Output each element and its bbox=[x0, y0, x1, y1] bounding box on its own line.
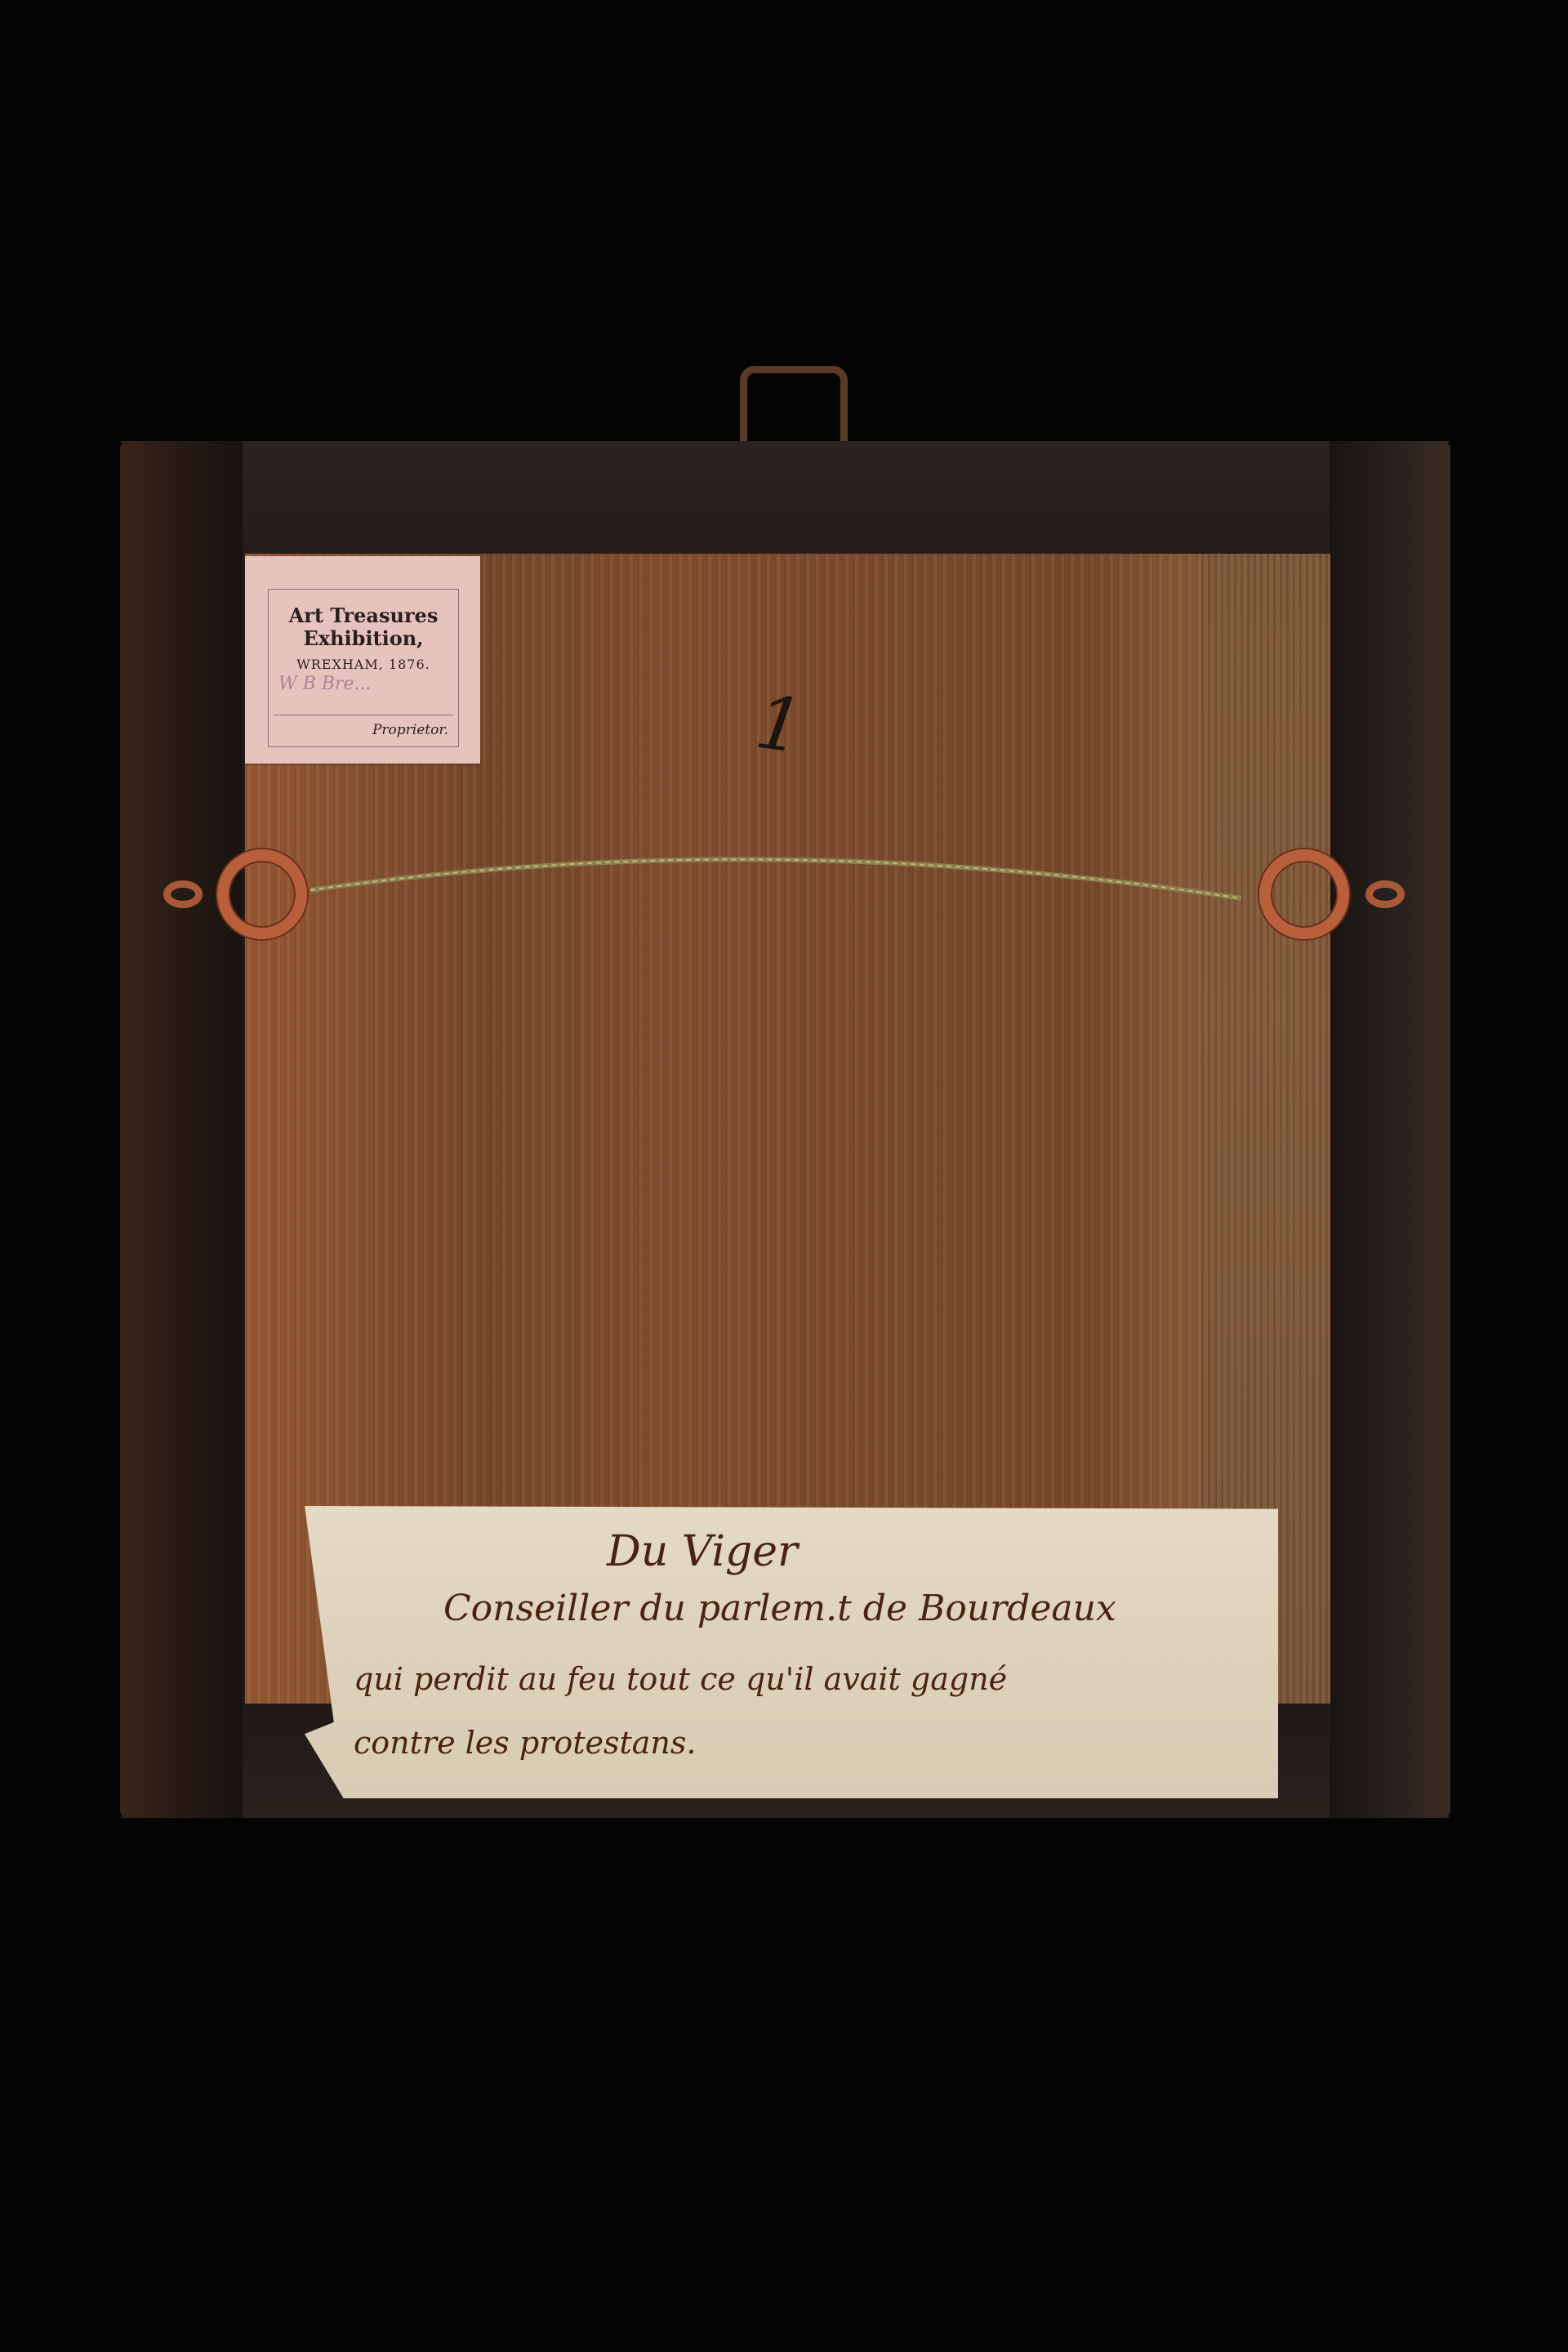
frame-left-rail bbox=[120, 441, 243, 1818]
exhibition-title-line2: Exhibition, bbox=[269, 627, 458, 650]
exhibition-label: Art Treasures Exhibition, WREXHAM, 1876.… bbox=[245, 556, 480, 764]
hanging-wire bbox=[302, 833, 1266, 931]
frame-top-rail bbox=[120, 441, 1450, 554]
handwritten-note: Du Viger Conseiller du parlem.t de Bourd… bbox=[305, 1506, 1278, 1798]
proprietor-caption: Proprietor. bbox=[372, 722, 448, 738]
note-line-3: contre les protestans. bbox=[354, 1725, 696, 1761]
left-screw-eye bbox=[163, 880, 203, 908]
owner-signature: W B Bre... bbox=[269, 674, 458, 694]
right-screw-eye bbox=[1365, 880, 1405, 908]
exhibition-label-border: Art Treasures Exhibition, WREXHAM, 1876.… bbox=[268, 589, 459, 747]
note-title: Du Viger bbox=[607, 1527, 798, 1576]
exhibition-city-year: WREXHAM, 1876. bbox=[269, 657, 458, 672]
left-copper-ring bbox=[217, 849, 307, 939]
exhibition-title-line1: Art Treasures bbox=[269, 604, 458, 627]
frame-right-rail bbox=[1330, 441, 1450, 1818]
signature-rule bbox=[274, 715, 453, 715]
note-line-1: Conseiller du parlem.t de Bourdeaux bbox=[443, 1588, 1116, 1629]
right-copper-ring bbox=[1259, 849, 1349, 939]
note-line-2: qui perdit au feu tout ce qu'il avait ga… bbox=[354, 1661, 1007, 1697]
